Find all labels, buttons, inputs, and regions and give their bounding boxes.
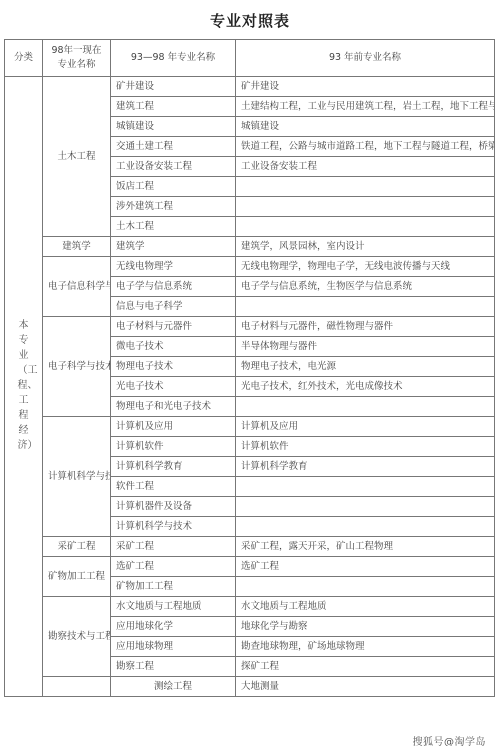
name-pre93 bbox=[236, 177, 495, 197]
current-major-cell: 土木工程 bbox=[43, 77, 111, 237]
name-pre93 bbox=[236, 197, 495, 217]
name-93-98: 建筑工程 bbox=[111, 97, 236, 117]
table-row: 勘察技术与工程 水文地质与工程地质 水文地质与工程地质 bbox=[5, 597, 495, 617]
page-title: 专业对照表 bbox=[0, 10, 500, 31]
name-93-98: 计算机及应用 bbox=[111, 417, 236, 437]
name-93-98: 电子学与信息系统 bbox=[111, 277, 236, 297]
name-93-98: 应用地球物理 bbox=[111, 637, 236, 657]
name-pre93: 勘查地球物理，矿场地球物理 bbox=[236, 637, 495, 657]
name-93-98: 采矿工程 bbox=[111, 537, 236, 557]
name-pre93: 城镇建设 bbox=[236, 117, 495, 137]
name-93-98: 计算机科学教育 bbox=[111, 457, 236, 477]
current-major-cell: 电子科学与技术 bbox=[43, 317, 111, 417]
name-pre93: 电子材料与元器件，磁性物理与器件 bbox=[236, 317, 495, 337]
table-row: 电子科学与技术 电子材料与元器件 电子材料与元器件，磁性物理与器件 bbox=[5, 317, 495, 337]
name-pre93: 物理电子技术，电光源 bbox=[236, 357, 495, 377]
name-93-98: 应用地球化学 bbox=[111, 617, 236, 637]
name-pre93: 铁道工程，公路与城市道路工程，地下工程与隧道工程，桥梁工程 bbox=[236, 137, 495, 157]
name-93-98: 水文地质与工程地质 bbox=[111, 597, 236, 617]
name-pre93 bbox=[236, 397, 495, 417]
name-pre93 bbox=[236, 497, 495, 517]
name-93-98: 计算机科学与技术 bbox=[111, 517, 236, 537]
outer-category-cell: 本专业（工程、工程经济） bbox=[5, 77, 43, 697]
name-93-98: 无线电物理学 bbox=[111, 257, 236, 277]
name-pre93: 探矿工程 bbox=[236, 657, 495, 677]
current-major-cell: 建筑学 bbox=[43, 237, 111, 257]
current-major-cell: 矿物加工工程 bbox=[43, 557, 111, 597]
name-93-98: 矿物加工工程 bbox=[111, 577, 236, 597]
current-major-cell: 采矿工程 bbox=[43, 537, 111, 557]
table-row: 建筑学 建筑学 建筑学，风景园林，室内设计 bbox=[5, 237, 495, 257]
name-93-98: 建筑学 bbox=[111, 237, 236, 257]
name-pre93: 矿井建设 bbox=[236, 77, 495, 97]
table-body: 本专业（工程、工程经济） 土木工程 矿井建设 矿井建设 建筑工程 土建结构工程，… bbox=[5, 77, 495, 697]
name-93-98: 城镇建设 bbox=[111, 117, 236, 137]
current-major-cell: 计算机科学与技术 bbox=[43, 417, 111, 537]
name-93-98: 计算机器件及设备 bbox=[111, 497, 236, 517]
name-93-98: 微电子技术 bbox=[111, 337, 236, 357]
name-93-98: 信息与电子科学 bbox=[111, 297, 236, 317]
name-93-98: 交通土建工程 bbox=[111, 137, 236, 157]
name-93-98: 矿井建设 bbox=[111, 77, 236, 97]
name-pre93: 计算机及应用 bbox=[236, 417, 495, 437]
name-93-98: 大地测量 bbox=[236, 677, 495, 697]
name-pre93: 土建结构工程，工业与民用建筑工程，岩土工程，地下工程与隧道工程 bbox=[236, 97, 495, 117]
name-93-98: 软件工程 bbox=[111, 477, 236, 497]
name-pre93 bbox=[236, 477, 495, 497]
header-93-98-name: 93—98 年专业名称 bbox=[111, 40, 236, 77]
name-pre93: 水文地质与工程地质 bbox=[236, 597, 495, 617]
table-row: 测绘工程 大地测量 大地测量 bbox=[5, 677, 495, 697]
name-pre93 bbox=[236, 517, 495, 537]
name-93-98: 勘察工程 bbox=[111, 657, 236, 677]
name-93-98: 物理电子技术 bbox=[111, 357, 236, 377]
name-pre93: 光电子技术，红外技术，光电成像技术 bbox=[236, 377, 495, 397]
watermark: 搜狐号@淘学岛 bbox=[411, 733, 489, 746]
table-row: 电子信息科学与技术 无线电物理学 无线电物理学，物理电子学，无线电波传播与天线 bbox=[5, 257, 495, 277]
major-comparison-table: 分类 98年一现在专业名称 93—98 年专业名称 93 年前专业名称 本专业（… bbox=[4, 39, 495, 697]
header-current-name: 98年一现在专业名称 bbox=[43, 40, 111, 77]
name-93-98: 物理电子和光电子技术 bbox=[111, 397, 236, 417]
name-pre93: 选矿工程 bbox=[236, 557, 495, 577]
category-cell-empty bbox=[43, 677, 111, 697]
name-93-98: 选矿工程 bbox=[111, 557, 236, 577]
header-category: 分类 bbox=[5, 40, 43, 77]
outer-category-label: 本专业（工程、工程经济） bbox=[18, 318, 30, 453]
name-93-98: 涉外建筑工程 bbox=[111, 197, 236, 217]
name-93-98: 电子材料与元器件 bbox=[111, 317, 236, 337]
name-pre93 bbox=[236, 577, 495, 597]
table-header-row: 分类 98年一现在专业名称 93—98 年专业名称 93 年前专业名称 bbox=[5, 40, 495, 77]
name-pre93 bbox=[236, 217, 495, 237]
name-pre93: 地球化学与勘察 bbox=[236, 617, 495, 637]
table-row: 本专业（工程、工程经济） 土木工程 矿井建设 矿井建设 bbox=[5, 77, 495, 97]
name-93-98: 土木工程 bbox=[111, 217, 236, 237]
header-pre93-name: 93 年前专业名称 bbox=[236, 40, 495, 77]
name-pre93: 计算机软件 bbox=[236, 437, 495, 457]
current-major-cell: 电子信息科学与技术 bbox=[43, 257, 111, 317]
name-pre93: 半导体物理与器件 bbox=[236, 337, 495, 357]
current-major-cell: 勘察技术与工程 bbox=[43, 597, 111, 677]
name-93-98: 光电子技术 bbox=[111, 377, 236, 397]
name-pre93 bbox=[236, 297, 495, 317]
current-major-cell: 测绘工程 bbox=[111, 677, 236, 697]
name-pre93: 工业设备安装工程 bbox=[236, 157, 495, 177]
name-pre93: 采矿工程，露天开采，矿山工程物理 bbox=[236, 537, 495, 557]
name-93-98: 饭店工程 bbox=[111, 177, 236, 197]
table-row: 计算机科学与技术 计算机及应用 计算机及应用 bbox=[5, 417, 495, 437]
name-pre93: 无线电物理学，物理电子学，无线电波传播与天线 bbox=[236, 257, 495, 277]
table-row: 矿物加工工程 选矿工程 选矿工程 bbox=[5, 557, 495, 577]
name-93-98: 计算机软件 bbox=[111, 437, 236, 457]
name-pre93: 电子学与信息系统，生物医学与信息系统 bbox=[236, 277, 495, 297]
table-row: 采矿工程 采矿工程 采矿工程，露天开采，矿山工程物理 bbox=[5, 537, 495, 557]
name-pre93: 建筑学，风景园林，室内设计 bbox=[236, 237, 495, 257]
name-pre93: 计算机科学教育 bbox=[236, 457, 495, 477]
name-93-98: 工业设备安装工程 bbox=[111, 157, 236, 177]
